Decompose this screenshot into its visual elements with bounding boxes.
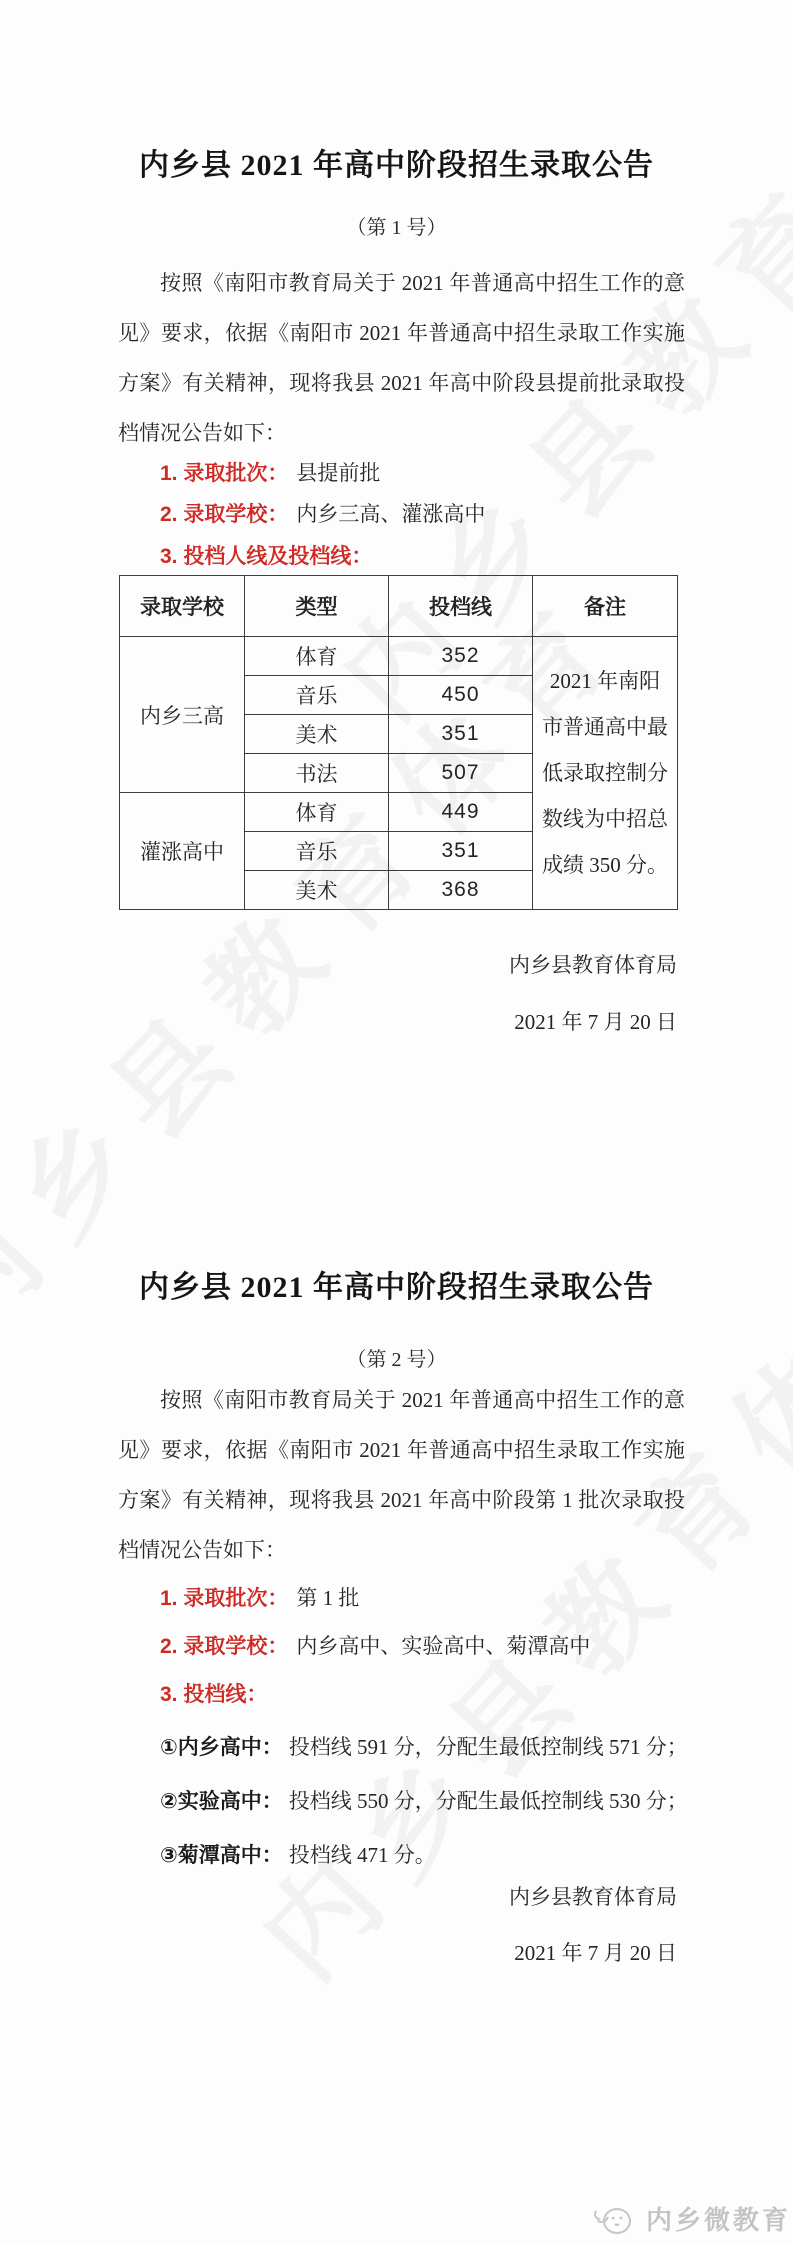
school-label: ③菊潭高中： (160, 1844, 283, 1867)
score-cell: 449 (389, 793, 533, 832)
page-title: 内乡县 2021 年高中阶段招生录取公告 (0, 1266, 793, 1310)
type-cell: 音乐 (245, 832, 389, 871)
school-name-cell: 内乡三高 (120, 637, 245, 793)
list-item-cutoff: 3. 投档人线及投档线： (160, 541, 703, 571)
school-cutoff-value: 投档线 471 分。 (289, 1843, 436, 1867)
list-item-schools: 2. 录取学校：内乡高中、实验高中、菊潭高中 (160, 1631, 703, 1661)
item-label: 3. 投档线： (160, 1683, 267, 1706)
document-page: 内乡县教育体育 内乡县教育体育 内乡县教育体育 内乡县 2021 年高中阶段招生… (0, 0, 793, 2244)
school-label: ②实验高中： (160, 1790, 283, 1813)
item-value: 第 1 批 (296, 1586, 359, 1610)
type-cell: 美术 (245, 871, 389, 910)
item-label: 2. 录取学校： (160, 1635, 288, 1658)
cutoff-table: 录取学校 类型 投档线 备注 内乡三高 体育 352 2021 年南阳市普通高中… (119, 575, 678, 910)
score-cell: 368 (389, 871, 533, 910)
header-type: 类型 (245, 576, 389, 637)
table-header-row: 录取学校 类型 投档线 备注 (120, 576, 678, 637)
school-cutoff-value: 投档线 591 分，分配生最低控制线 571 分； (289, 1735, 688, 1759)
intro-paragraph: 按照《南阳市教育局关于 2021 年普通高中招生工作的意见》要求，依据《南阳市 … (118, 258, 685, 458)
table-row: 内乡三高 体育 352 2021 年南阳市普通高中最低录取控制分数线为中招总成绩… (120, 637, 678, 676)
item-label: 1. 录取批次： (160, 1587, 288, 1610)
chick-mascot-icon (590, 2201, 636, 2237)
school-cutoff-value: 投档线 550 分，分配生最低控制线 530 分； (289, 1789, 688, 1813)
list-item-batch: 1. 录取批次：县提前批 (160, 458, 703, 488)
score-cell: 450 (389, 676, 533, 715)
footer-brand-label: 内乡微教育 (646, 2204, 791, 2236)
item-label: 1. 录取批次： (160, 462, 288, 485)
header-school: 录取学校 (120, 576, 245, 637)
type-cell: 体育 (245, 793, 389, 832)
header-line: 投档线 (389, 576, 533, 637)
item-label: 3. 投档人线及投档线： (160, 545, 372, 568)
item-value: 内乡高中、实验高中、菊潭高中 (296, 1634, 590, 1658)
list-item-cutoff: 3. 投档线： (160, 1679, 703, 1709)
signature-authority: 内乡县教育体育局 (300, 1882, 677, 1912)
list-item-batch: 1. 录取批次：第 1 批 (160, 1583, 703, 1613)
signature-date: 2021 年 7 月 20 日 (300, 1938, 677, 1968)
school-name-cell: 灌涨高中 (120, 793, 245, 910)
cutoff-line-neixiang: ①内乡高中：投档线 591 分，分配生最低控制线 571 分； (160, 1732, 733, 1762)
school-label: ①内乡高中： (160, 1736, 283, 1759)
type-cell: 美术 (245, 715, 389, 754)
type-cell: 音乐 (245, 676, 389, 715)
score-cell: 351 (389, 715, 533, 754)
score-cell: 507 (389, 754, 533, 793)
list-item-schools: 2. 录取学校：内乡三高、灌涨高中 (160, 499, 703, 529)
item-value: 县提前批 (296, 461, 380, 485)
item-value: 内乡三高、灌涨高中 (296, 502, 485, 526)
intro-paragraph: 按照《南阳市教育局关于 2021 年普通高中招生工作的意见》要求，依据《南阳市 … (118, 1375, 685, 1575)
remark-cell: 2021 年南阳市普通高中最低录取控制分数线为中招总成绩 350 分。 (533, 637, 678, 910)
header-remark: 备注 (533, 576, 678, 637)
issue-number: （第 1 号） (0, 214, 793, 242)
score-cell: 352 (389, 637, 533, 676)
score-cell: 351 (389, 832, 533, 871)
issue-number: （第 2 号） (0, 1346, 793, 1374)
cutoff-line-jutan: ③菊潭高中：投档线 471 分。 (160, 1840, 733, 1870)
type-cell: 书法 (245, 754, 389, 793)
item-label: 2. 录取学校： (160, 503, 288, 526)
signature-authority: 内乡县教育体育局 (300, 950, 677, 980)
cutoff-line-shiyan: ②实验高中：投档线 550 分，分配生最低控制线 530 分； (160, 1786, 733, 1816)
page-title: 内乡县 2021 年高中阶段招生录取公告 (0, 144, 793, 188)
signature-date: 2021 年 7 月 20 日 (300, 1007, 677, 1037)
type-cell: 体育 (245, 637, 389, 676)
